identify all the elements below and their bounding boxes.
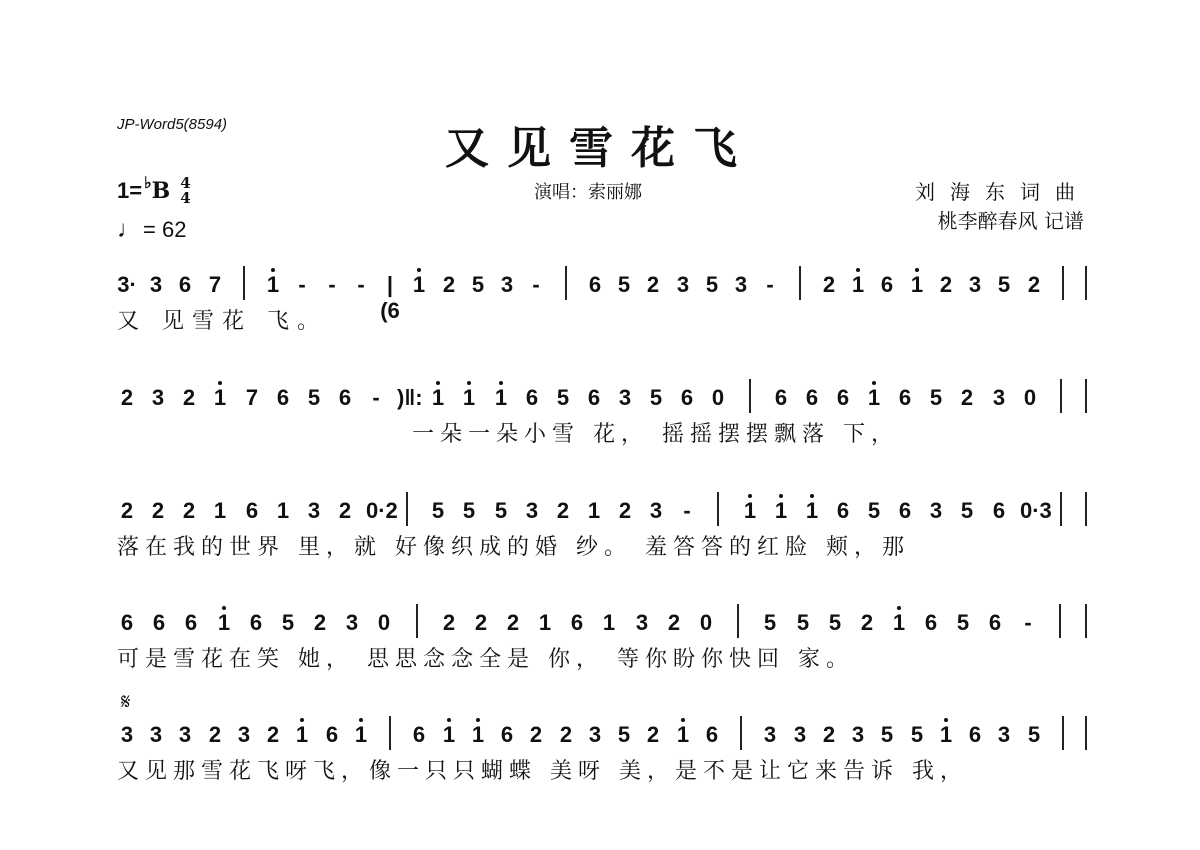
note-text: 2 — [183, 498, 195, 523]
note-text: 5 — [706, 272, 718, 297]
note: 2 — [439, 610, 459, 636]
note: 2 — [526, 722, 546, 748]
tempo-value: = 62 — [143, 217, 186, 243]
note: 5 — [278, 610, 298, 636]
note-text: 5 — [961, 498, 973, 523]
note: 0 — [696, 610, 716, 636]
score-row: 333232161611622352163323551635又见那雪花飞呀飞，像… — [117, 712, 1087, 792]
note-text: 6 — [881, 272, 893, 297]
notation-symbol: |(6 — [380, 272, 400, 324]
note-text: 6 — [837, 385, 849, 410]
note-text: 1 — [443, 722, 455, 747]
note-text: 2 — [267, 722, 279, 747]
notation-symbol: 1 — [439, 722, 459, 748]
note-text: 1 — [413, 272, 425, 297]
note: 3 — [760, 722, 780, 748]
note: 3 — [148, 385, 168, 411]
notation-symbol: 1 — [263, 272, 283, 298]
note-text: - — [766, 272, 773, 297]
note: 5 — [877, 722, 897, 748]
note-text: 2 — [861, 610, 873, 635]
note-text: 1 — [940, 722, 952, 747]
note-text: 2 — [961, 385, 973, 410]
octave-dot-icon — [447, 718, 451, 722]
notation-symbol: 1 — [740, 498, 760, 524]
note: 1 — [273, 498, 293, 524]
note-text: 1 — [911, 272, 923, 297]
key-note: B — [152, 178, 171, 204]
notation-symbol: 1 — [468, 722, 488, 748]
note: 5 — [907, 722, 927, 748]
note: 7 — [205, 272, 225, 298]
octave-dot-icon — [872, 381, 876, 385]
time-signature: 4 4 — [180, 176, 190, 206]
note: 6 — [989, 498, 1009, 524]
note-text: 3 — [998, 722, 1010, 747]
note-text: 6 — [989, 610, 1001, 635]
note: 6 — [273, 385, 293, 411]
note-text: 2 — [339, 498, 351, 523]
note-text: 5 — [930, 385, 942, 410]
note-text: 1 — [806, 498, 818, 523]
notation-symbol: - — [366, 385, 386, 411]
notation-symbol: - — [526, 272, 546, 298]
note-text: - — [1024, 610, 1031, 635]
note: 3 — [304, 498, 324, 524]
note-text: 3 — [150, 722, 162, 747]
notation-symbol: - — [1018, 610, 1038, 636]
note: 3 — [615, 385, 635, 411]
note: 5 — [994, 272, 1014, 298]
note: 3 — [585, 722, 605, 748]
note-text: 5 — [432, 498, 444, 523]
note: 2 — [179, 385, 199, 411]
octave-dot-icon — [359, 718, 363, 722]
note-text: 2 — [530, 722, 542, 747]
note-text: 5 — [998, 272, 1010, 297]
note-text: 5 — [764, 610, 776, 635]
note: 6 — [802, 385, 822, 411]
note: 6 — [895, 498, 915, 524]
note-text: 6 — [326, 722, 338, 747]
note: 6 — [181, 610, 201, 636]
note-text: 6 — [571, 610, 583, 635]
note: 6 — [522, 385, 542, 411]
note-text: 7 — [246, 385, 258, 410]
note: 5 — [953, 610, 973, 636]
notation-symbol: 1 — [214, 610, 234, 636]
note-text: 3 — [501, 272, 513, 297]
note-text: 6 — [969, 722, 981, 747]
note-text: 1 — [472, 722, 484, 747]
octave-dot-icon — [856, 268, 860, 272]
octave-dot-icon — [748, 494, 752, 498]
note: 5 — [1024, 722, 1044, 748]
notation-symbol: 1 — [409, 272, 429, 298]
note: 6 — [702, 722, 722, 748]
note-text: 5 — [495, 498, 507, 523]
transcriber-credit: 桃李醉春风 记谱 — [915, 207, 1084, 236]
note-text: 3 — [346, 610, 358, 635]
note-text: 6 — [185, 610, 197, 635]
note: 1 — [210, 498, 230, 524]
note-text: 2 — [823, 722, 835, 747]
note-text: - — [298, 272, 305, 297]
note-text: 1 — [495, 385, 507, 410]
note: 2 — [819, 722, 839, 748]
note-text: 2 — [183, 385, 195, 410]
notation-symbol: 1 — [848, 272, 868, 298]
note: 6 — [677, 385, 697, 411]
note-text: 1 — [744, 498, 756, 523]
note-text: 2 — [647, 272, 659, 297]
time-sig-bottom: 4 — [180, 191, 190, 206]
note: 6 — [585, 272, 605, 298]
note-text: 3 — [238, 722, 250, 747]
note-text: 6 — [706, 722, 718, 747]
note: 1 — [599, 610, 619, 636]
notation-symbol: 1 — [292, 722, 312, 748]
note: 5 — [702, 272, 722, 298]
note-text: 3 — [150, 272, 162, 297]
note: 0·2 — [366, 498, 386, 524]
note: 5 — [957, 498, 977, 524]
note: 3 — [146, 272, 166, 298]
notation-symbol: 1 — [459, 385, 479, 411]
note-text: 1 — [677, 722, 689, 747]
note: 6 — [877, 272, 897, 298]
barline — [1085, 379, 1087, 413]
barline — [1060, 379, 1062, 413]
note-text: )‖: — [397, 385, 423, 410]
note: 6 — [117, 610, 137, 636]
note-text: 1 — [214, 498, 226, 523]
note-text: 1 — [893, 610, 905, 635]
note-text: 1 — [588, 498, 600, 523]
note-text: 3 — [152, 385, 164, 410]
note: 3 — [673, 272, 693, 298]
note: 6 — [242, 498, 262, 524]
note-text: 3 — [650, 498, 662, 523]
score-row: 3·3671---|(61253-652353-21612352又 见雪花 飞。 — [117, 262, 1087, 342]
note-text: - — [357, 272, 364, 297]
note-text: 6 — [246, 498, 258, 523]
tempo-marking: ♩ = 62 — [117, 216, 186, 244]
note-text: 6 — [588, 385, 600, 410]
note-text: 5 — [1028, 722, 1040, 747]
note-text: 6 — [339, 385, 351, 410]
note-text: 2 — [443, 272, 455, 297]
note-text: 6 — [806, 385, 818, 410]
note-text: 5 — [282, 610, 294, 635]
note-text: 3 — [969, 272, 981, 297]
credits: 刘海东词曲 桃李醉春风 记谱 — [915, 178, 1084, 236]
note: 3 — [994, 722, 1014, 748]
octave-dot-icon — [897, 606, 901, 610]
note: 6 — [149, 610, 169, 636]
note-text: 3 — [526, 498, 538, 523]
notation-symbol: )‖: — [397, 385, 417, 411]
note-text: 2 — [475, 610, 487, 635]
notation-symbol: 1 — [936, 722, 956, 748]
note: 7 — [242, 385, 262, 411]
octave-dot-icon — [499, 381, 503, 385]
barline — [1085, 716, 1087, 750]
note: 3 — [965, 272, 985, 298]
note-text: 0 — [378, 610, 390, 635]
notation-symbol: 1 — [210, 385, 230, 411]
note-text: 6 — [179, 272, 191, 297]
octave-dot-icon — [915, 268, 919, 272]
note-text: 6 — [925, 610, 937, 635]
lyrics-line: 又见那雪花飞呀飞，像一只只蝴蝶 美呀 美，是不是让它来告诉 我， — [117, 754, 968, 784]
note: 5 — [864, 498, 884, 524]
note: 5 — [428, 498, 448, 524]
note: 2 — [615, 498, 635, 524]
note-text: 6 — [837, 498, 849, 523]
note-text: 0·3 — [1020, 498, 1052, 523]
song-title: 又见雪花飞 — [0, 112, 1200, 176]
note: 2 — [117, 498, 137, 524]
octave-dot-icon — [467, 381, 471, 385]
note-text: - — [532, 272, 539, 297]
note-text: 6 — [899, 385, 911, 410]
note: 2 — [471, 610, 491, 636]
lyrics-line: 一朵一朵小雪 花， 摇摇摆摆飘落 下， — [412, 417, 899, 447]
note-text: 5 — [797, 610, 809, 635]
note: 3 — [146, 722, 166, 748]
note-text: 0·2 — [366, 498, 398, 523]
note: 2 — [857, 610, 877, 636]
score-row: 222161320·255532123-1116563560·3落在我的世界 里… — [117, 488, 1087, 568]
note-text: 1 — [868, 385, 880, 410]
note-text: 5 — [650, 385, 662, 410]
note-text: 5 — [472, 272, 484, 297]
notation-symbol: - — [351, 272, 371, 298]
note-text: 3 — [636, 610, 648, 635]
note: 2 — [643, 722, 663, 748]
barline — [565, 266, 567, 300]
note: 2 — [205, 722, 225, 748]
octave-dot-icon — [944, 718, 948, 722]
note: 3 — [790, 722, 810, 748]
note-text: 0 — [1024, 385, 1036, 410]
barline — [1062, 266, 1064, 300]
note: 6 — [895, 385, 915, 411]
note-text: 2 — [209, 722, 221, 747]
note-text: 2 — [647, 722, 659, 747]
barline — [1085, 492, 1087, 526]
note: 6 — [921, 610, 941, 636]
note-text: 1 — [852, 272, 864, 297]
note: 0 — [374, 610, 394, 636]
note-text: 6 — [250, 610, 262, 635]
note: 2 — [643, 272, 663, 298]
note-text: 1 — [218, 610, 230, 635]
note-text: 0 — [712, 385, 724, 410]
note: 6 — [567, 610, 587, 636]
note-text: 3 — [179, 722, 191, 747]
lyrics-line: 可是雪花在笑 她， 思思念念全是 你， 等你盼你快回 家。 — [117, 642, 854, 672]
note-text: 5 — [463, 498, 475, 523]
note-text: |(6 — [380, 272, 400, 323]
note-text: 6 — [899, 498, 911, 523]
note-text: 3 — [619, 385, 631, 410]
barline — [1059, 604, 1061, 638]
note: 5 — [459, 498, 479, 524]
barline — [1060, 492, 1062, 526]
note: 2 — [819, 272, 839, 298]
octave-dot-icon — [300, 718, 304, 722]
segno-icon: 𝄋 — [121, 690, 130, 715]
note-text: 2 — [823, 272, 835, 297]
barline — [717, 492, 719, 526]
note-text: 6 — [153, 610, 165, 635]
note-text: 1 — [775, 498, 787, 523]
octave-dot-icon — [810, 494, 814, 498]
barline — [799, 266, 801, 300]
notation-symbol: 1 — [351, 722, 371, 748]
note: 3 — [117, 722, 137, 748]
notation-symbol: - — [760, 272, 780, 298]
note: 3 — [497, 272, 517, 298]
note-text: 5 — [957, 610, 969, 635]
note: 3 — [848, 722, 868, 748]
note-text: 2 — [619, 498, 631, 523]
notation-symbol: 3 — [731, 272, 751, 298]
note-text: 6 — [993, 498, 1005, 523]
note-text: 3 — [993, 385, 1005, 410]
note: 5 — [825, 610, 845, 636]
note-text: 1 — [296, 722, 308, 747]
note-text: 3 — [589, 722, 601, 747]
note-text: 2 — [1028, 272, 1040, 297]
note-text: 1 — [277, 498, 289, 523]
note-text: 0 — [700, 610, 712, 635]
note: 2 — [439, 272, 459, 298]
note-text: 1 — [539, 610, 551, 635]
lyrics-line: 又 见雪花 飞。 — [117, 304, 327, 334]
key-signature: 1= ♭ B 4 4 — [117, 176, 191, 206]
score-row: 66616523022216132055521656-可是雪花在笑 她， 思思念… — [117, 600, 1087, 680]
barline — [740, 716, 742, 750]
note: 6 — [965, 722, 985, 748]
note: 2 — [936, 272, 956, 298]
notation-symbol: 1 — [673, 722, 693, 748]
note: 6 — [584, 385, 604, 411]
note: 5 — [614, 722, 634, 748]
note: 6 — [497, 722, 517, 748]
singer-credit: 演唱：索丽娜 — [534, 178, 642, 204]
note-text: 5 — [868, 498, 880, 523]
note-text: 2 — [443, 610, 455, 635]
note: 0 — [708, 385, 728, 411]
note-text: 1 — [432, 385, 444, 410]
note-text: 5 — [557, 385, 569, 410]
note-text: 1 — [355, 722, 367, 747]
notation-symbol: 1 — [864, 385, 884, 411]
note-text: 6 — [589, 272, 601, 297]
barline — [416, 604, 418, 638]
note-text: 2 — [121, 385, 133, 410]
note-text: 6 — [681, 385, 693, 410]
note: 6 — [771, 385, 791, 411]
note-text: 3 — [764, 722, 776, 747]
note: 2 — [503, 610, 523, 636]
note-text: 1 — [603, 610, 615, 635]
notation-symbol: 1 — [802, 498, 822, 524]
note: 3 — [989, 385, 1009, 411]
notation-symbol: 1 — [491, 385, 511, 411]
note-text: 2 — [314, 610, 326, 635]
octave-dot-icon — [417, 268, 421, 272]
note-text: 3 — [121, 722, 133, 747]
note-text: 5 — [881, 722, 893, 747]
notation-symbol: 1 — [771, 498, 791, 524]
note-text: 6 — [121, 610, 133, 635]
note: 5 — [760, 610, 780, 636]
lyrics-line: 落在我的世界 里，就 好像织成的婚 纱。 羞答答的红脸 颊，那 — [117, 530, 910, 560]
note: 3· — [117, 272, 137, 298]
note: 2 — [179, 498, 199, 524]
barline — [406, 492, 408, 526]
note: 6 — [985, 610, 1005, 636]
note-text: 1 — [463, 385, 475, 410]
note: 0 — [1020, 385, 1040, 411]
note-text: 2 — [557, 498, 569, 523]
note: 5 — [614, 272, 634, 298]
note: 6 — [322, 722, 342, 748]
quarter-note-icon: ♩ — [117, 216, 141, 244]
note-text: 2 — [940, 272, 952, 297]
note: 6 — [246, 610, 266, 636]
note: 2 — [148, 498, 168, 524]
note: 5 — [926, 385, 946, 411]
notation-symbol: - — [677, 498, 697, 524]
note-text: 2 — [668, 610, 680, 635]
notation-symbol: 1 — [428, 385, 448, 411]
note-text: 3 — [930, 498, 942, 523]
note-text: 6 — [526, 385, 538, 410]
note: 2 — [1024, 272, 1044, 298]
note: 2 — [263, 722, 283, 748]
octave-dot-icon — [681, 718, 685, 722]
note-text: 5 — [308, 385, 320, 410]
note: 5 — [553, 385, 573, 411]
barline — [749, 379, 751, 413]
note: 3 — [926, 498, 946, 524]
note: 6 — [833, 498, 853, 524]
note: 5 — [468, 272, 488, 298]
notation-symbol: 1 — [889, 610, 909, 636]
note: 2 — [957, 385, 977, 411]
notation-symbol: - — [322, 272, 342, 298]
octave-dot-icon — [218, 381, 222, 385]
note-text: 1 — [267, 272, 279, 297]
note-text: 3 — [852, 722, 864, 747]
note: 3 — [522, 498, 542, 524]
note-text: 2 — [121, 498, 133, 523]
note: 1 — [535, 610, 555, 636]
note: 3 — [342, 610, 362, 636]
note: 2 — [335, 498, 355, 524]
note: 3 — [175, 722, 195, 748]
note-text: 5 — [829, 610, 841, 635]
note: 3 — [646, 498, 666, 524]
note: 6 — [409, 722, 429, 748]
note: 2 — [553, 498, 573, 524]
note: 2 — [117, 385, 137, 411]
